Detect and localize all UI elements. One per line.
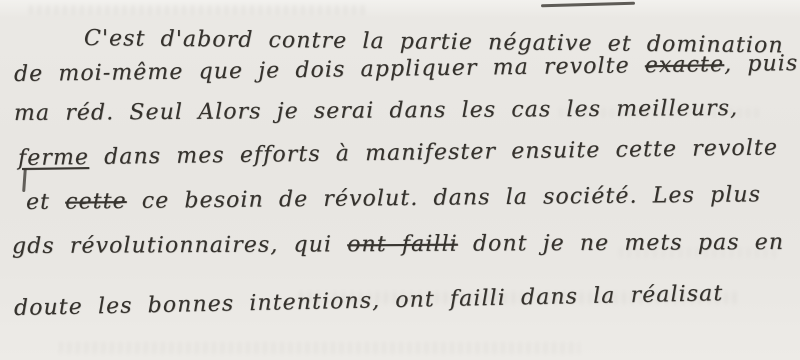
handwriting-line-6: gds révolutionnaires, qui ont failli don… bbox=[12, 230, 784, 259]
handwriting-line-3: ma réd. Seul Alors je serai dans les cas… bbox=[14, 96, 738, 126]
struck-word: cette bbox=[65, 189, 127, 215]
handwriting-line-2: de moi-même que je dois appliquer ma rev… bbox=[14, 51, 799, 87]
handwriting-segment: ce besoin de révolut. dans la société. L… bbox=[127, 182, 762, 214]
handwriting-segment: de moi-même que je dois appliquer ma rev… bbox=[14, 53, 645, 87]
handwriting-segment: dans mes efforts à manifester ensuite ce… bbox=[89, 135, 778, 170]
show-through-mark bbox=[30, 5, 370, 15]
handwriting-segment: et bbox=[26, 190, 65, 215]
handwriting-line-5: et cette ce besoin de révolut. dans la s… bbox=[26, 182, 761, 215]
handwriting-segment: , puis bbox=[724, 51, 799, 77]
underlined-word: ferme bbox=[18, 145, 89, 171]
handwriting-segment: gds révolutionnaires, qui bbox=[12, 232, 347, 259]
struck-word: exacte bbox=[645, 52, 725, 78]
show-through-mark bbox=[60, 342, 580, 354]
handwriting-segment: dont je ne mets pas en bbox=[458, 230, 784, 257]
struck-word: ont failli bbox=[347, 232, 458, 258]
handwriting-line-4: ferme dans mes efforts à manifester ensu… bbox=[18, 135, 778, 171]
handwriting-segment: ma réd. Seul Alors je serai dans les cas… bbox=[14, 96, 738, 126]
pen-stroke-top-right bbox=[541, 2, 635, 8]
pen-stroke-descender bbox=[22, 168, 26, 192]
handwriting-line-7: doute les bonnes intentions, ont failli … bbox=[14, 281, 724, 321]
manuscript-page: C'est d'abord contre la partie négative … bbox=[0, 0, 800, 360]
handwriting-segment: doute les bonnes intentions, ont failli … bbox=[14, 281, 724, 321]
